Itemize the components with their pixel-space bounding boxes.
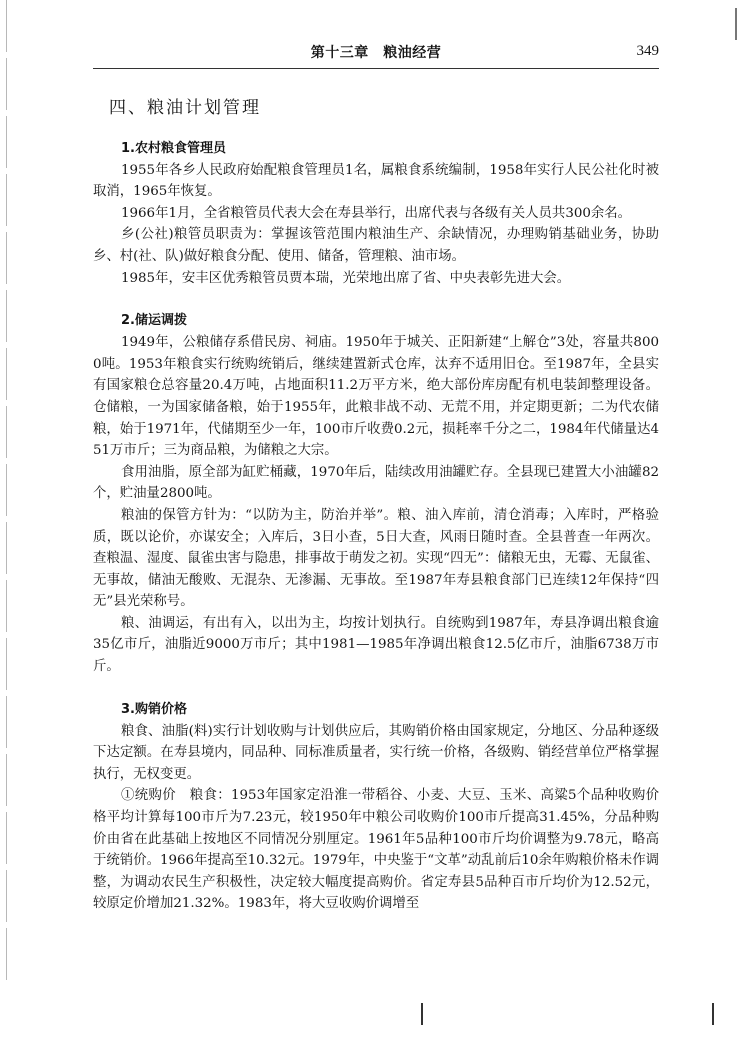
paragraph: 1949年，公粮储存系借民房、祠庙。1950年于城关、正阳新建“上解仓”3处，容… (93, 332, 659, 462)
scan-edge-artifact (735, 8, 737, 40)
paragraph: 1955年各乡人民政府始配粮食管理员1名，属粮食系统编制，1958年实行人民公社… (93, 160, 659, 203)
spacer (93, 289, 659, 310)
page-number: 349 (637, 43, 660, 60)
paragraph: 乡(公社)粮管员职责为：掌握该管范围内粮油生产、余缺情况，办理购销基础业务，协助… (93, 224, 659, 267)
paragraph: ①统购价 粮食：1953年国家定沿淮一带稻谷、小麦、大豆、玉米、高粱5个品种收购… (93, 785, 659, 915)
page-body: 四、粮油计划管理 1.农村粮食管理员 1955年各乡人民政府始配粮食管理员1名，… (93, 98, 659, 915)
paragraph: 粮油的保管方针为：“以防为主，防治并举”。粮、油入库前，清仓消毒；入库时，严格验… (93, 505, 659, 613)
subsection-title: 1.农村粮食管理员 (93, 138, 659, 160)
scan-edge-artifact (421, 1003, 423, 1025)
scan-edge-artifact (6, 0, 7, 980)
subsection-title: 2.储运调拨 (93, 310, 659, 332)
paragraph: 1966年1月，全省粮管员代表大会在寿县举行，出席代表与各级有关人员共300余名… (93, 203, 659, 225)
paragraph: 粮、油调运，有出有入，以出为主，均按计划执行。自统购到1987年，寿县净调出粮食… (93, 613, 659, 678)
running-header: 第十三章 粮油经营 349 (93, 42, 659, 68)
spacer (93, 678, 659, 699)
header-divider (93, 68, 659, 69)
paragraph: 食用油脂，原全部为缸贮桶藏，1970年后，陆续改用油罐贮存。全县现已建置大小油罐… (93, 462, 659, 505)
subsection-title: 3.购销价格 (93, 699, 659, 721)
chapter-title: 第十三章 粮油经营 (93, 42, 659, 62)
paragraph: 粮食、油脂(料)实行计划收购与计划供应后，其购销价格由国家规定，分地区、分品种逐… (93, 721, 659, 786)
scan-edge-artifact (712, 1003, 714, 1025)
paragraph: 1985年，安丰区优秀粮管员贾本瑞，光荣地出席了省、中央表彰先进大会。 (93, 268, 659, 290)
section-title: 四、粮油计划管理 (109, 98, 659, 120)
